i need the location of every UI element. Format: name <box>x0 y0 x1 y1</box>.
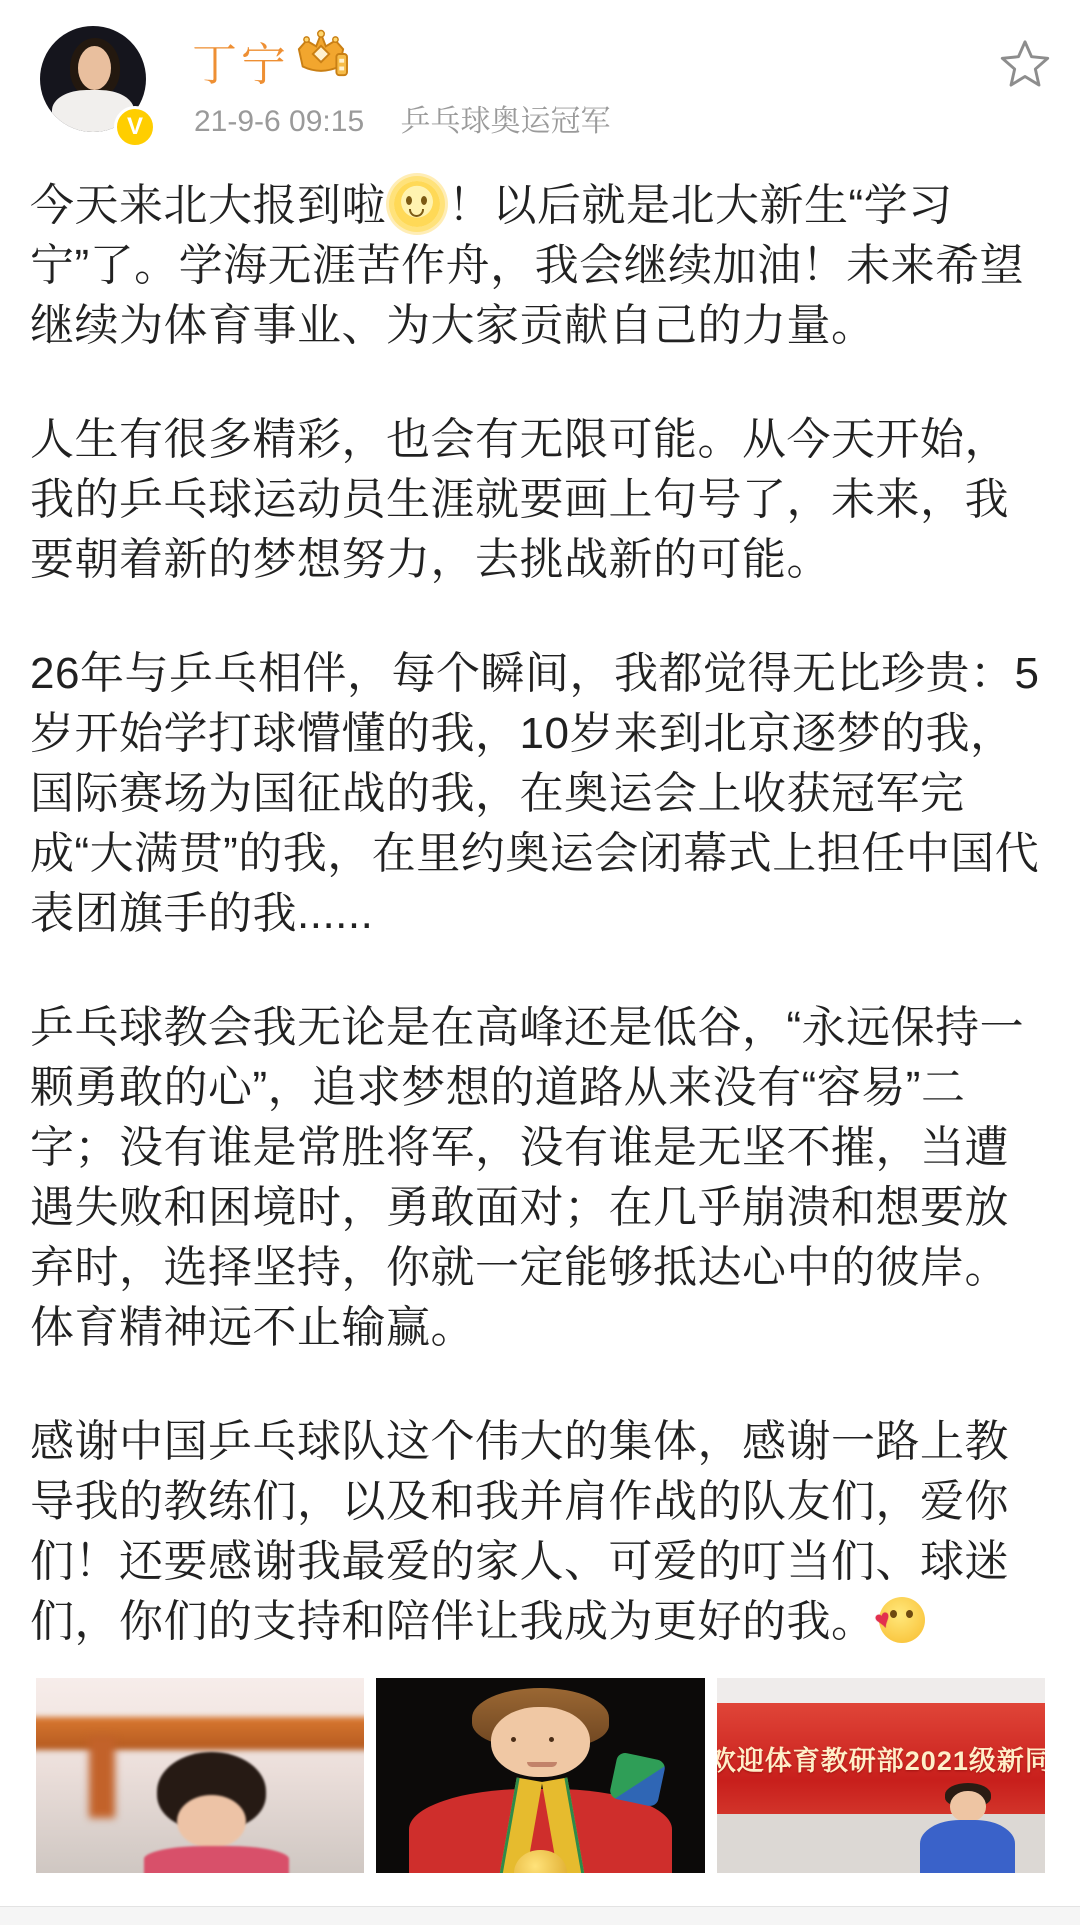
sun-face-emoji-icon <box>394 181 440 227</box>
childhood-photo-table <box>36 1717 364 1750</box>
banner-photo-face <box>950 1791 986 1822</box>
avatar-face <box>78 46 111 90</box>
medal-case <box>608 1751 666 1807</box>
banner-photo[interactable]: 欢迎体育教研部2021级新同 <box>717 1678 1045 1873</box>
post-source: 乒乓球奥运冠军 <box>400 105 610 138</box>
post-text-segment: 人生有很多精彩，也会有无限可能。从今天开始，我的乒乓球运动员生涯就要画上句号了，… <box>30 415 1009 584</box>
post-paragraph: 26年与乒乓相伴，每个瞬间，我都觉得无比珍贵：5岁开始学打球懵懂的我，10岁来到… <box>30 644 1050 944</box>
post-paragraph: 今天来北大报到啦！以后就是北大新生“学习宁”了。学海无涯苦作舟，我会继续加油！未… <box>30 176 1050 356</box>
banner-text: 欢迎体育教研部2021级新同 <box>717 1739 1045 1778</box>
verified-v-badge-icon: V <box>114 106 156 148</box>
bottom-divider <box>0 1906 1080 1925</box>
post-text-segment: 26年与乒乓相伴，每个瞬间，我都觉得无比珍贵：5岁开始学打球懵懂的我，10岁来到… <box>30 649 1039 938</box>
post-text-segment: 感谢中国乒乓球队这个伟大的集体，感谢一路上教导我的教练们，以及和我并肩作战的队友… <box>30 1417 1009 1646</box>
medal-photo-eyes <box>511 1737 516 1742</box>
medal-photo-mouth <box>527 1762 557 1767</box>
childhood-photo-face <box>177 1795 246 1848</box>
post-text-segment: 乒乓球教会我无论是在高峰还是低谷，“永远保持一颗勇敢的心”，追求梦想的道路从来没… <box>30 1003 1024 1352</box>
post-paragraph: 人生有很多精彩，也会有无限可能。从今天开始，我的乒乓球运动员生涯就要画上句号了，… <box>30 410 1050 590</box>
banner-photo-blue-jacket <box>920 1820 1015 1873</box>
childhood-photo[interactable] <box>36 1678 364 1873</box>
medal-photo-face <box>491 1707 589 1777</box>
post-paragraph: 感谢中国乒乓球队这个伟大的集体，感谢一路上教导我的教练们，以及和我并肩作战的队友… <box>30 1412 1050 1652</box>
kiss-face-emoji-icon <box>879 1597 925 1643</box>
vip-crown-icon[interactable] <box>292 28 350 80</box>
post-header: V 丁宁 21-9-6 09:15 乒乓球奥运冠军 <box>0 0 1080 142</box>
timestamp: 21-9-6 09:15 <box>194 105 364 138</box>
favorite-star-icon[interactable] <box>998 36 1052 90</box>
photo-grid: 欢迎体育教研部2021级新同 <box>0 1678 1080 1873</box>
post-meta: 21-9-6 09:15 乒乓球奥运冠军 <box>194 96 610 140</box>
post-paragraph: 乒乓球教会我无论是在高峰还是低谷，“永远保持一颗勇敢的心”，追求梦想的道路从来没… <box>30 998 1050 1358</box>
welcome-banner: 欢迎体育教研部2021级新同 <box>717 1703 1045 1814</box>
medal-photo[interactable] <box>376 1678 704 1873</box>
childhood-photo-shirt <box>144 1846 288 1873</box>
post-text-segment: 今天来北大报到啦 <box>30 181 386 230</box>
username[interactable]: 丁宁 <box>192 28 290 93</box>
childhood-photo-post <box>89 1737 115 1819</box>
post-text: 今天来北大报到啦！以后就是北大新生“学习宁”了。学海无涯苦作舟，我会继续加油！未… <box>30 176 1050 1652</box>
